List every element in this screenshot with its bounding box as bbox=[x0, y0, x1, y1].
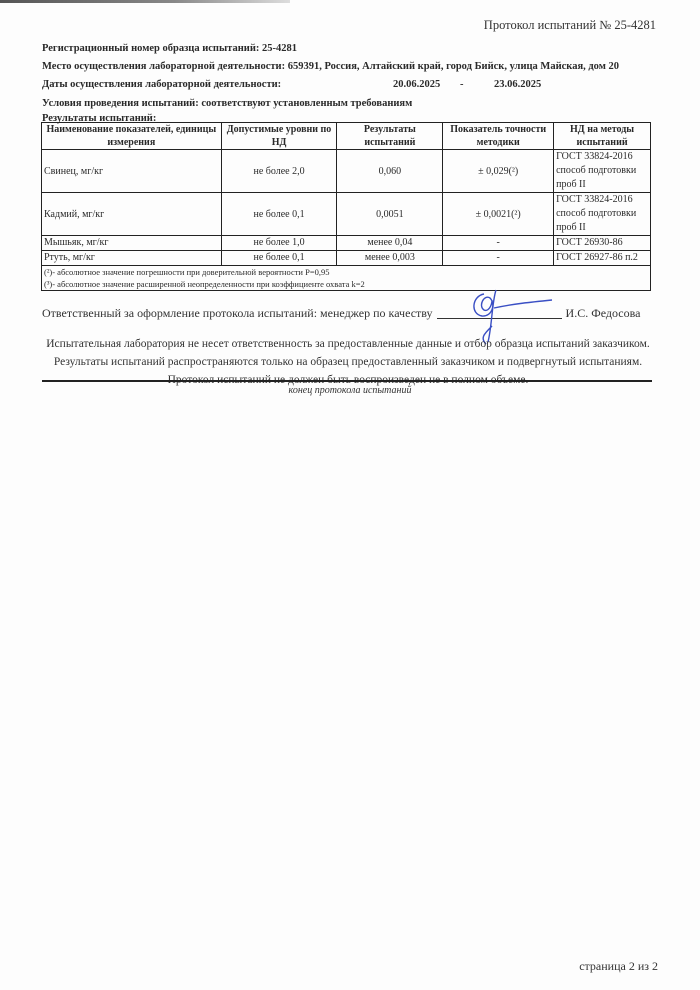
date-start: 20.06.2025 bbox=[393, 79, 440, 90]
lab-location: Место осуществления лабораторной деятель… bbox=[42, 61, 619, 72]
row-result: менее 0,003 bbox=[337, 251, 443, 266]
row-result: 0,0051 bbox=[337, 193, 443, 236]
test-conditions: Условия проведения испытаний: соответств… bbox=[42, 98, 412, 109]
date-end: 23.06.2025 bbox=[494, 79, 541, 90]
row-accuracy: - bbox=[443, 251, 554, 266]
registration-number: Регистрационный номер образца испытаний:… bbox=[42, 43, 297, 54]
page-number: страница 2 из 2 bbox=[579, 959, 658, 974]
note-1: (²)- абсолютное значение погрешности при… bbox=[44, 266, 648, 278]
header-indicator: Наименование показателей, единицы измере… bbox=[42, 123, 222, 150]
header-limit: Допустимые уровни по НД bbox=[221, 123, 337, 150]
divider bbox=[42, 380, 652, 382]
row-limit: не более 1,0 bbox=[221, 236, 337, 251]
row-result: менее 0,04 bbox=[337, 236, 443, 251]
table-header-row: Наименование показателей, единицы измере… bbox=[42, 123, 651, 150]
header-method: НД на методы испытаний bbox=[554, 123, 651, 150]
row-limit: не более 2,0 bbox=[221, 150, 337, 193]
row-method: ГОСТ 26930-86 bbox=[554, 236, 651, 251]
row-method: ГОСТ 33824-2016 способ подготовки проб I… bbox=[554, 193, 651, 236]
scan-edge-shadow bbox=[0, 0, 290, 3]
header-result: Результаты испытаний bbox=[337, 123, 443, 150]
header-accuracy: Показатель точности методики bbox=[443, 123, 554, 150]
table-row: Ртуть, мг/кг не более 0,1 менее 0,003 - … bbox=[42, 251, 651, 266]
row-result: 0,060 bbox=[337, 150, 443, 193]
table-row: Свинец, мг/кг не более 2,0 0,060 ± 0,029… bbox=[42, 150, 651, 193]
results-table: Наименование показателей, единицы измере… bbox=[41, 122, 651, 291]
table-row: Кадмий, мг/кг не более 0,1 0,0051 ± 0,00… bbox=[42, 193, 651, 236]
row-name: Кадмий, мг/кг bbox=[42, 193, 222, 236]
row-accuracy: ± 0,0021(²) bbox=[443, 193, 554, 236]
row-limit: не более 0,1 bbox=[221, 251, 337, 266]
row-name: Ртуть, мг/кг bbox=[42, 251, 222, 266]
table-row: Мышьяк, мг/кг не более 1,0 менее 0,04 - … bbox=[42, 236, 651, 251]
row-accuracy: ± 0,029(²) bbox=[443, 150, 554, 193]
dates-label: Даты осуществления лабораторной деятельн… bbox=[42, 79, 281, 90]
row-method: ГОСТ 26927-86 п.2 bbox=[554, 251, 651, 266]
responsible-label: Ответственный за оформление протокола ис… bbox=[42, 306, 433, 320]
end-of-protocol: конец протокола испытаний bbox=[0, 385, 700, 396]
row-name: Свинец, мг/кг bbox=[42, 150, 222, 193]
date-separator: - bbox=[460, 79, 464, 90]
protocol-title: Протокол испытаний № 25-4281 bbox=[484, 18, 656, 33]
row-limit: не более 0,1 bbox=[221, 193, 337, 236]
row-method: ГОСТ 33824-2016 способ подготовки проб I… bbox=[554, 150, 651, 193]
row-accuracy: - bbox=[443, 236, 554, 251]
responsible-name: И.С. Федосова bbox=[566, 306, 641, 320]
row-name: Мышьяк, мг/кг bbox=[42, 236, 222, 251]
